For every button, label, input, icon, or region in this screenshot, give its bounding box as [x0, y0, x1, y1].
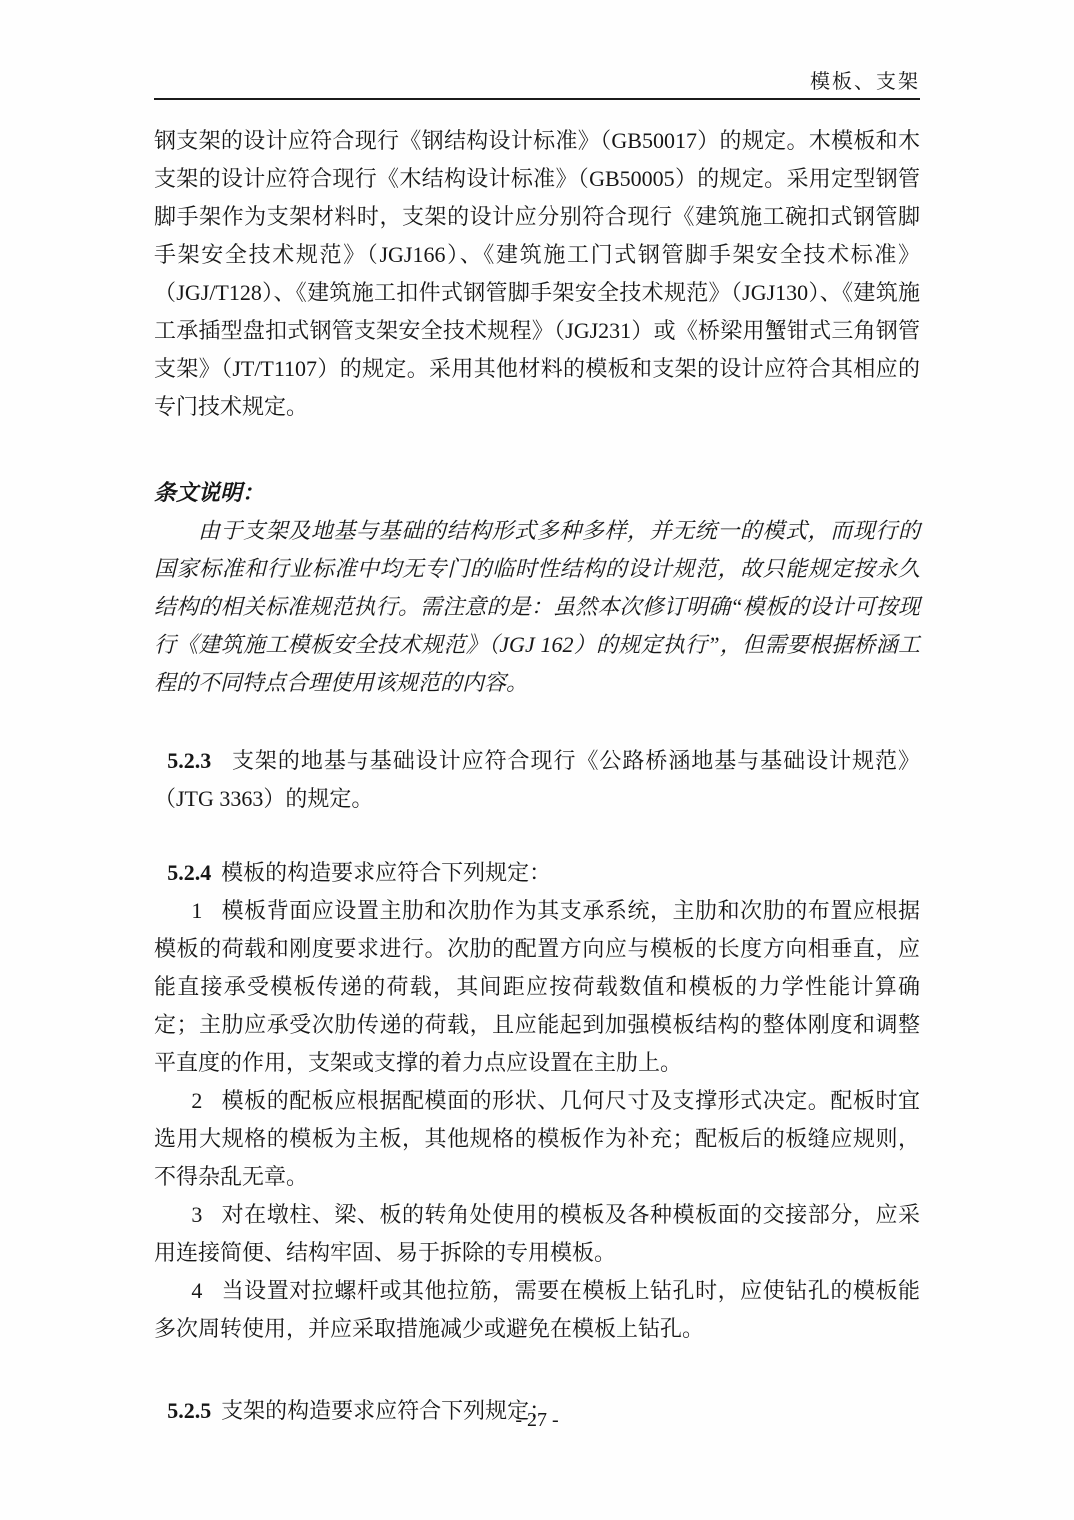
- running-title: 模板、支架: [810, 71, 920, 93]
- item-number: 3: [191, 1202, 202, 1227]
- clause-5-2-3: 5.2.3支架的地基与基础设计应符合现行《公路桥涵地基与基础设计规范》（JTG …: [154, 742, 920, 818]
- intro-paragraph: 钢支架的设计应符合现行《钢结构设计标准》（GB50017）的规定。木模板和木支架…: [154, 122, 920, 426]
- item-text: 模板背面应设置主肋和次肋作为其支承系统，主肋和次肋的布置应根据模板的荷载和刚度要…: [154, 898, 920, 1075]
- clause-5-2-4: 5.2.4模板的构造要求应符合下列规定：: [154, 854, 920, 892]
- item-text: 当设置对拉螺杆或其他拉筋，需要在模板上钻孔时，应使钻孔的模板能多次周转使用，并应…: [154, 1278, 920, 1341]
- item-text: 模板的配板应根据配模面的形状、几何尺寸及支撑形式决定。配板时宜选用大规格的模板为…: [154, 1088, 920, 1189]
- list-item-4: 4当设置对拉螺杆或其他拉筋，需要在模板上钻孔时，应使钻孔的模板能多次周转使用，并…: [154, 1272, 920, 1348]
- list-item-2: 2模板的配板应根据配模面的形状、几何尺寸及支撑形式决定。配板时宜选用大规格的模板…: [154, 1082, 920, 1196]
- page-header: 模板、支架: [154, 70, 920, 94]
- item-number: 2: [191, 1088, 202, 1113]
- document-page: 模板、支架 钢支架的设计应符合现行《钢结构设计标准》（GB50017）的规定。木…: [0, 0, 1074, 1520]
- header-rule: [154, 98, 920, 100]
- list-item-3: 3对在墩柱、梁、板的转角处使用的模板及各种模板面的交接部分，应采用连接简便、结构…: [154, 1196, 920, 1272]
- commentary-heading: 条文说明：: [154, 474, 920, 512]
- page-body: 钢支架的设计应符合现行《钢结构设计标准》（GB50017）的规定。木模板和木支架…: [154, 122, 920, 1430]
- item-number: 1: [191, 898, 202, 923]
- page-footer: - 27 -: [0, 1407, 1074, 1433]
- clause-text: 支架的地基与基础设计应符合现行《公路桥涵地基与基础设计规范》（JTG 3363）…: [154, 748, 920, 811]
- item-text: 对在墩柱、梁、板的转角处使用的模板及各种模板面的交接部分，应采用连接简便、结构牢…: [154, 1202, 920, 1265]
- item-number: 4: [191, 1278, 202, 1303]
- commentary-paragraph: 由于支架及地基与基础的结构形式多种多样，并无统一的模式，而现行的国家标准和行业标…: [154, 512, 920, 702]
- list-item-1: 1模板背面应设置主肋和次肋作为其支承系统，主肋和次肋的布置应根据模板的荷载和刚度…: [154, 892, 920, 1082]
- clause-title: 模板的构造要求应符合下列规定：: [221, 860, 551, 885]
- clause-number: 5.2.3: [167, 748, 211, 773]
- clause-number: 5.2.4: [167, 860, 211, 885]
- footer-page-number: - 27 -: [515, 1409, 558, 1431]
